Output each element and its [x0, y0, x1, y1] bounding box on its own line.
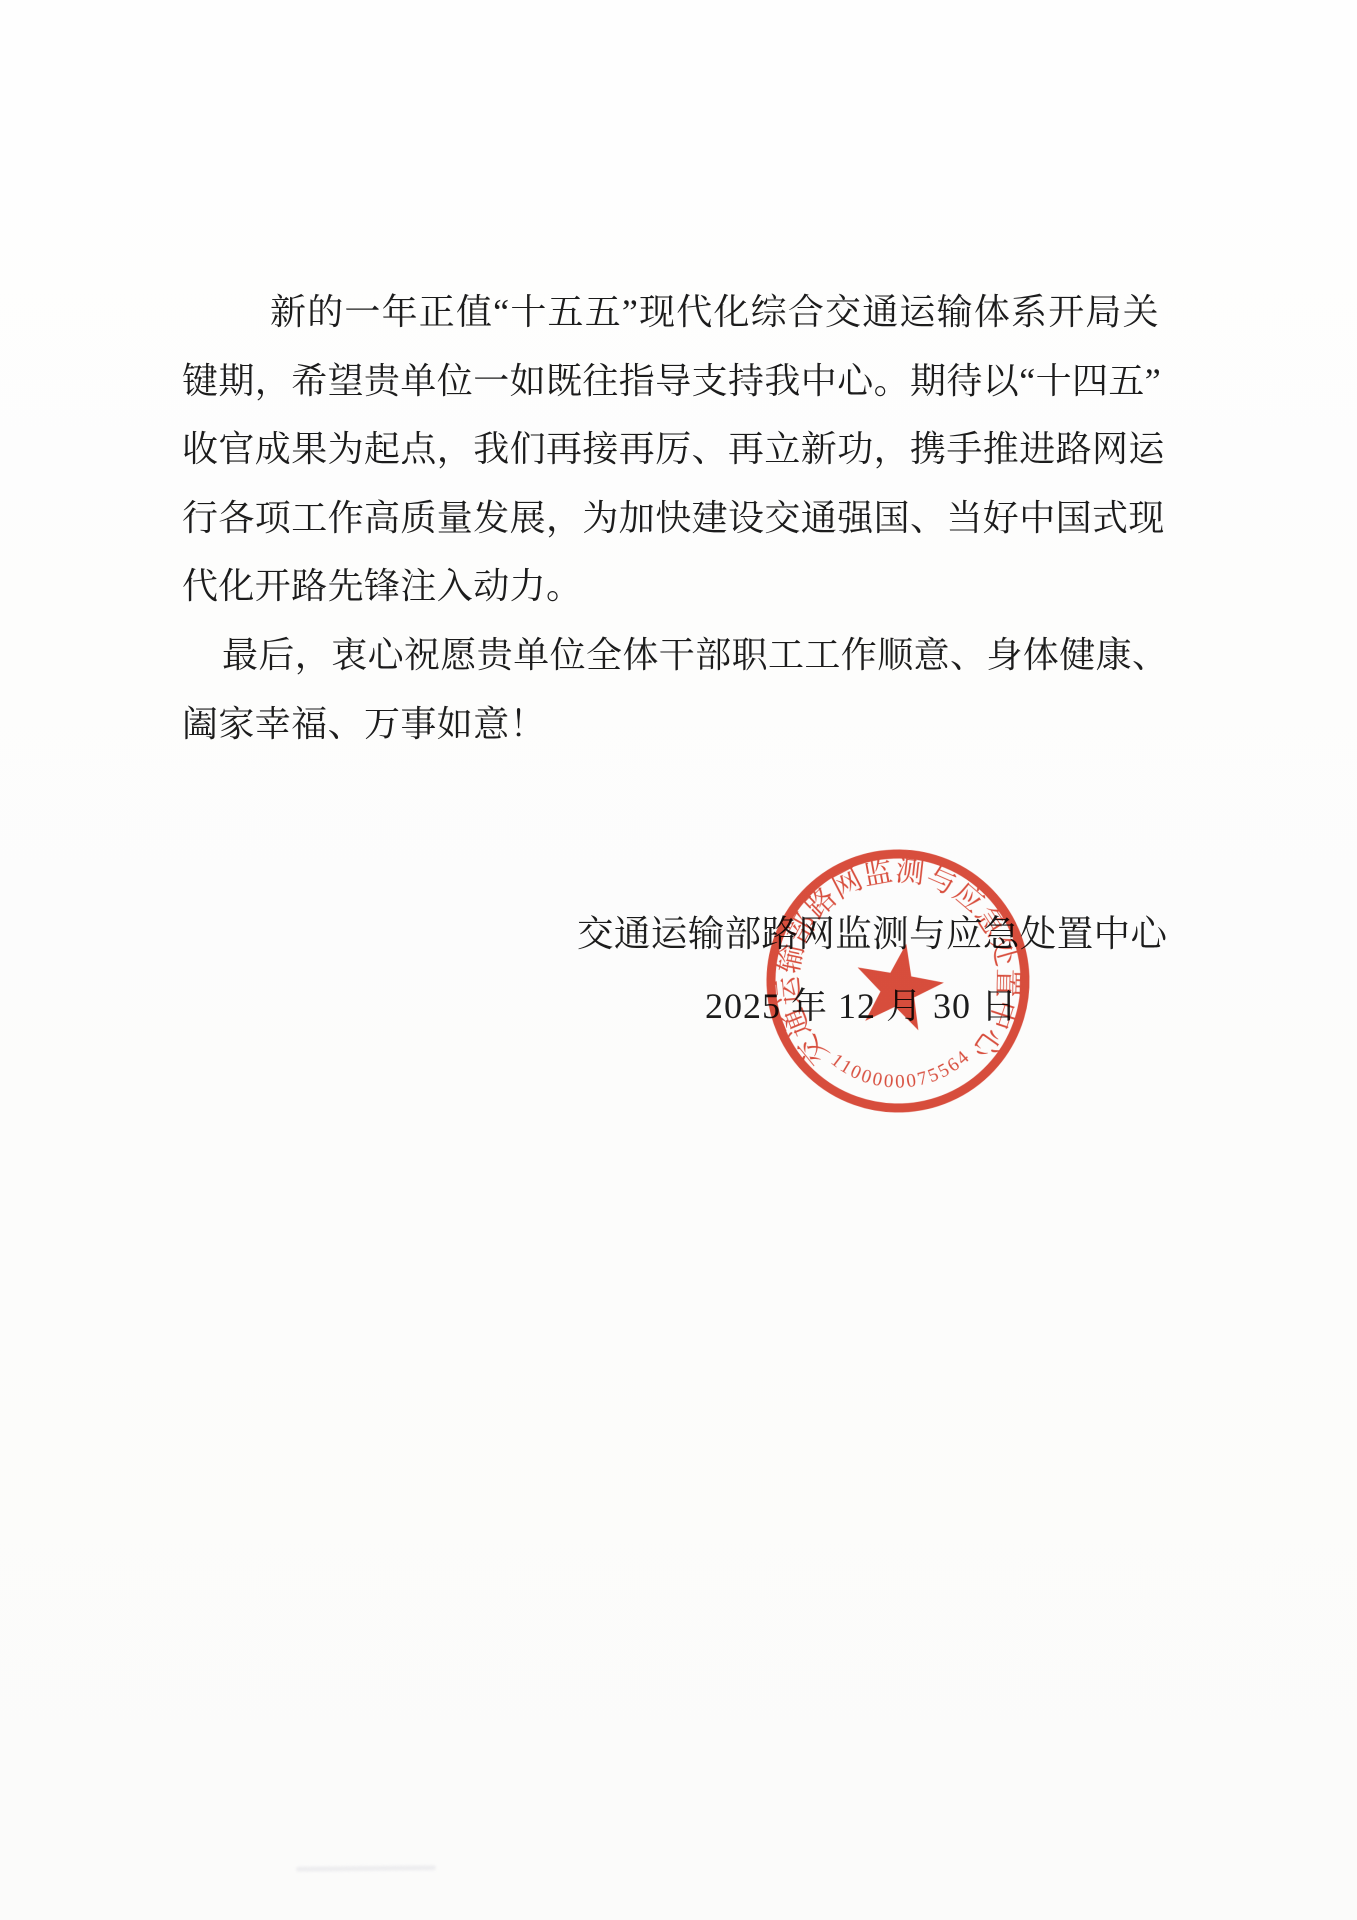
letter-body: 新的一年正值“十五五”现代化综合交通运输体系开局关 键期，希望贵单位一如既往指导…	[182, 278, 1159, 758]
paragraph-1-line-4: 行各项工作高质量发展，为加快建设交通强国、当好中国式现	[182, 484, 1159, 553]
scan-artifact-smudge	[296, 1865, 436, 1871]
paragraph-2-line-1: 最后，衷心祝愿贵单位全体干部职工工作顺意、身体健康、	[182, 621, 1159, 690]
paragraph-1-line-5: 代化开路先锋注入动力。	[182, 552, 1159, 621]
svg-text:1100000075564: 1100000075564	[826, 1045, 976, 1095]
seal-graphic: 交通运输部路网监测与应急处置中心 1100000075564	[752, 835, 1044, 1127]
paragraph-2-line-2: 阖家幸福、万事如意！	[182, 690, 1159, 759]
official-seal-stamp: 交通运输部路网监测与应急处置中心 1100000075564	[752, 835, 1044, 1127]
paragraph-1-line-1: 新的一年正值“十五五”现代化综合交通运输体系开局关	[182, 278, 1159, 347]
paragraph-1-line-3: 收官成果为起点，我们再接再厉、再立新功，携手推进路网运	[182, 415, 1159, 484]
paragraph-1-line-2: 键期，希望贵单位一如既往指导支持我中心。期待以“十四五”	[182, 347, 1159, 416]
seal-star-icon	[849, 936, 950, 1033]
seal-code-text: 1100000075564	[826, 1045, 976, 1095]
letter-page: 新的一年正值“十五五”现代化综合交通运输体系开局关 键期，希望贵单位一如既往指导…	[0, 0, 1357, 1920]
